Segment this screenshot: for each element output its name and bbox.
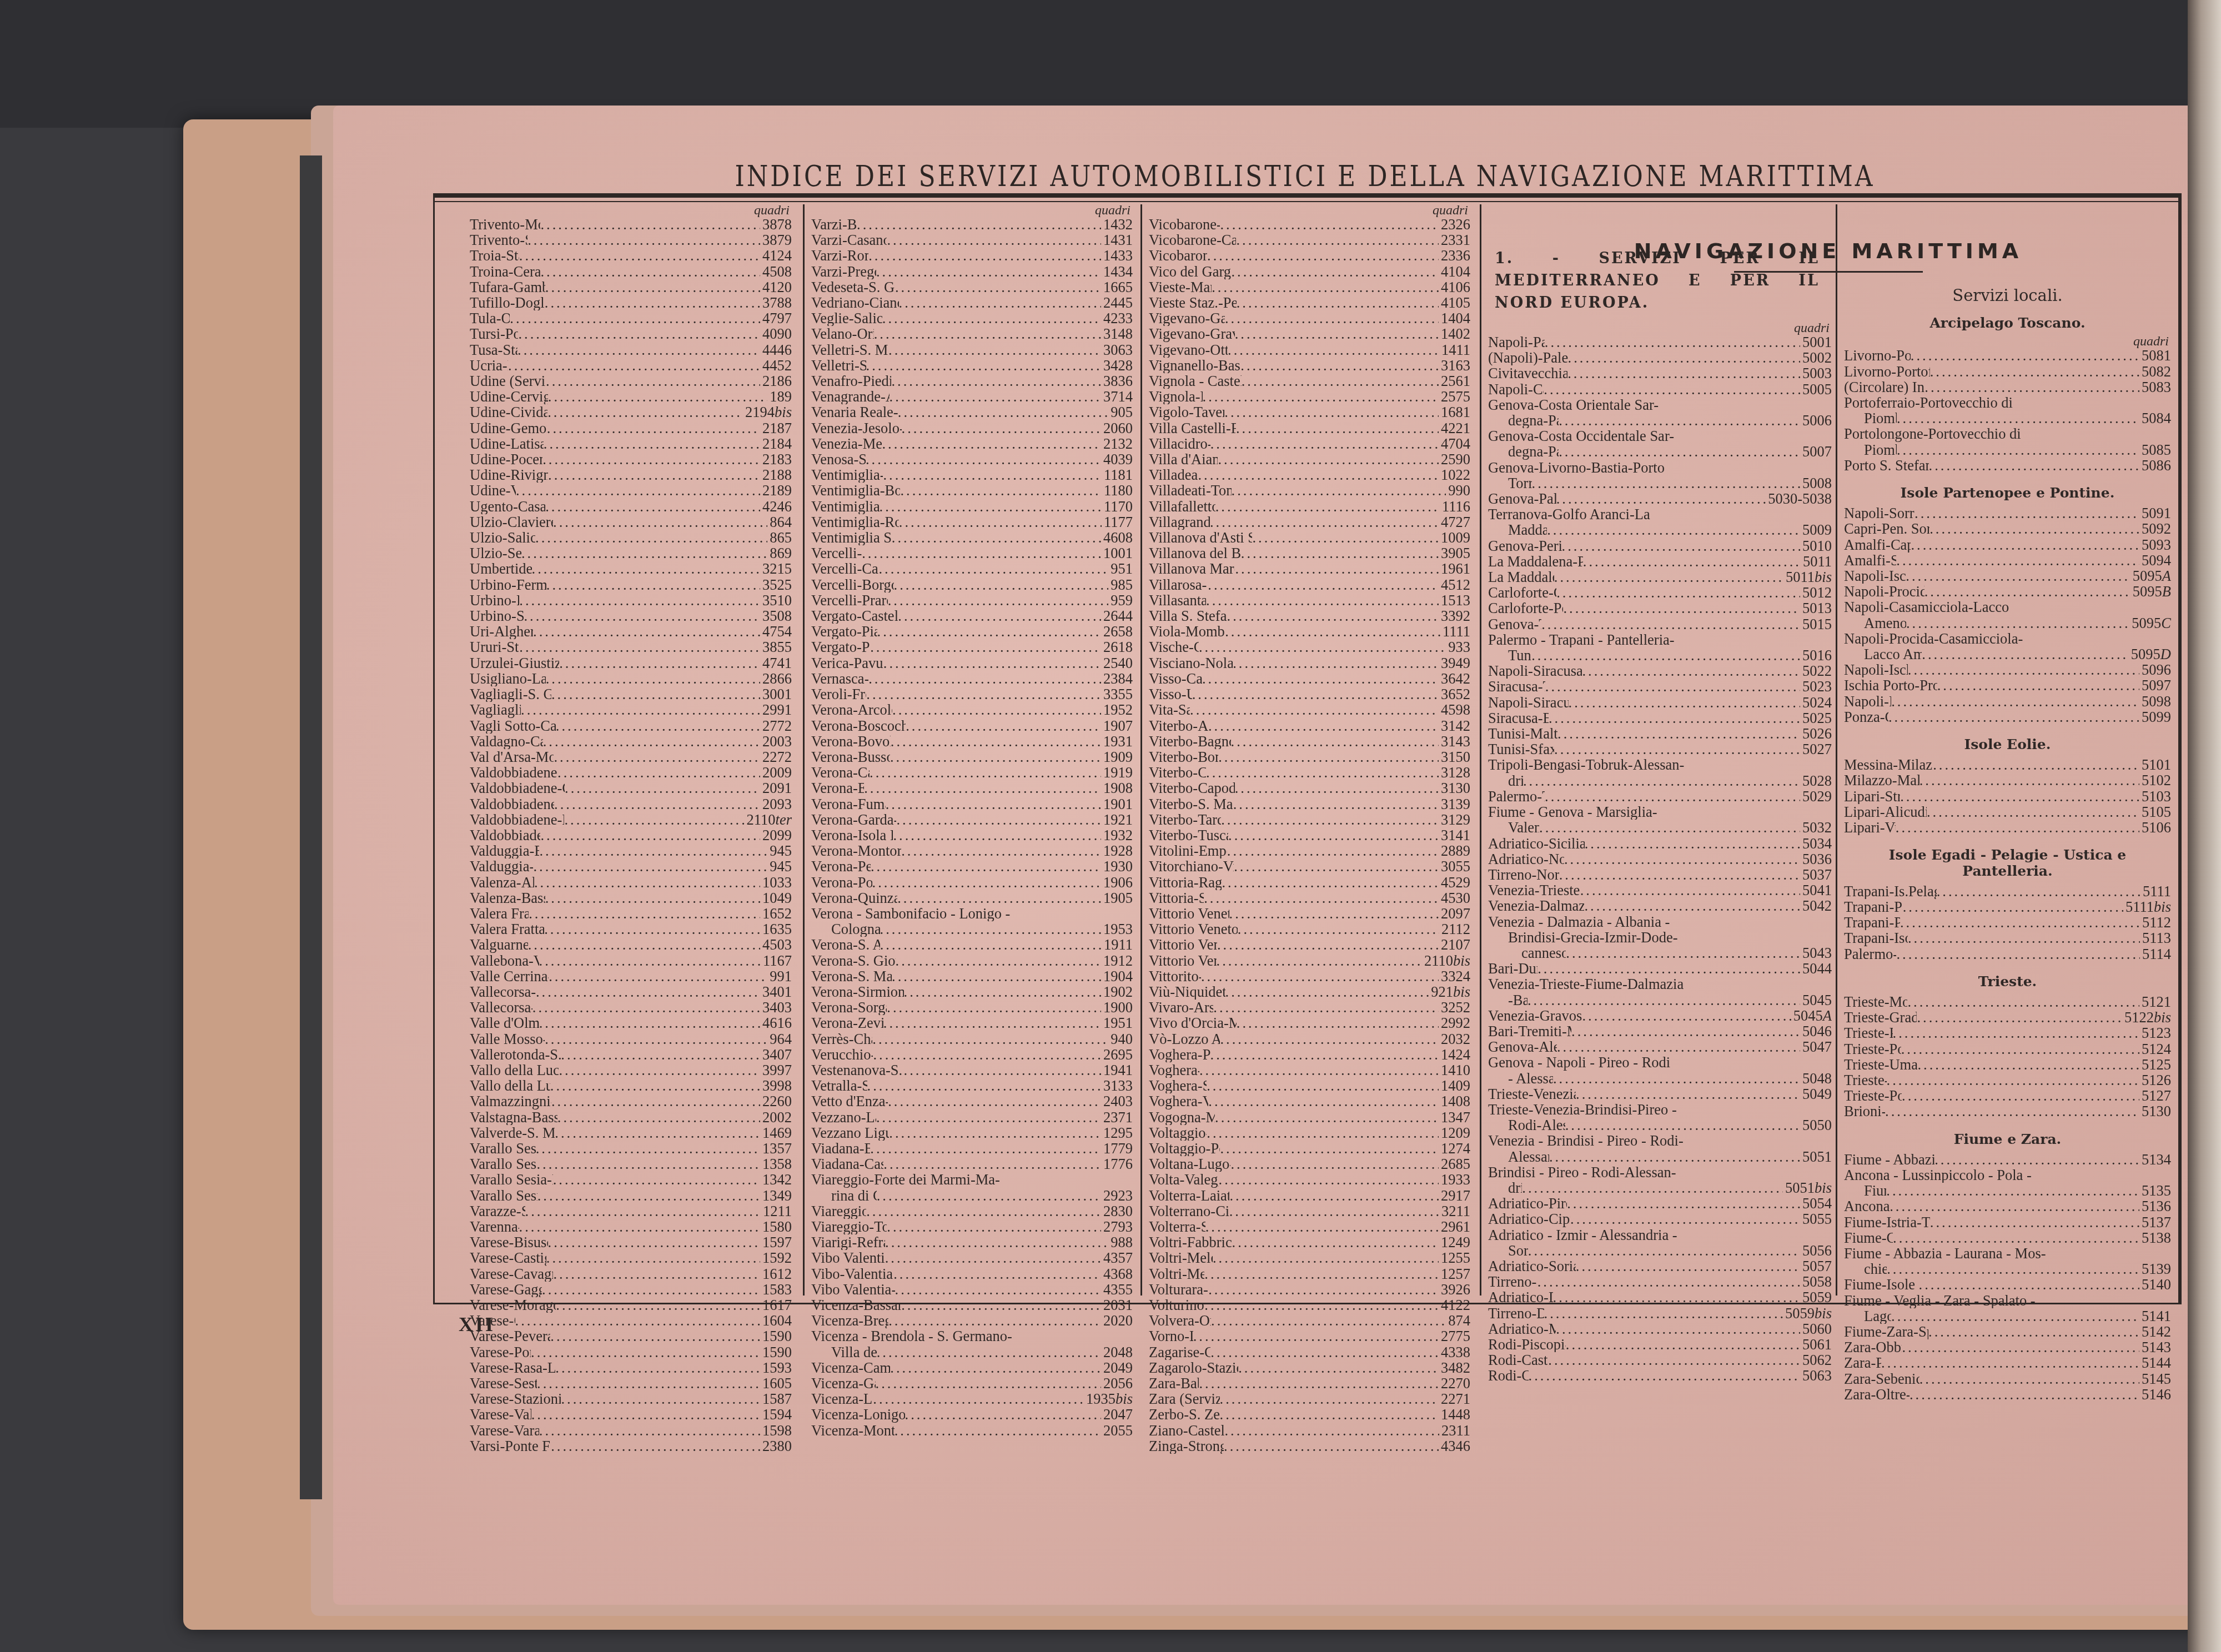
entry-table-number: 1612 <box>760 1266 792 1282</box>
table-number-value: 3878 <box>762 216 792 233</box>
index-entry: Udine-Rivignano-Latisana2188 <box>470 467 792 483</box>
entry-route: Vibo Valentia-Catanzaro <box>811 1250 885 1266</box>
entry-table-number: 2575 <box>1439 389 1470 404</box>
entry-table-number: 4346 <box>1439 1438 1470 1454</box>
table-number-value: 3428 <box>1103 357 1133 374</box>
entry-route: Genova - Napoli - Pireo - Rodi <box>1488 1055 1670 1070</box>
entry-route: - Alessandria <box>1508 1071 1553 1086</box>
index-entry: Adriatico-Nord Europa5036 <box>1488 851 1832 867</box>
table-number-value: 3141 <box>1441 827 1470 843</box>
table-number-value: 5045 <box>1793 1007 1823 1024</box>
leader-dots <box>890 1360 1101 1375</box>
table-number-value: 1961 <box>1441 560 1470 577</box>
index-entry: Varese-Orino1604 <box>470 1313 792 1328</box>
table-number-value: 2260 <box>762 1093 792 1109</box>
entry-route: Adriatico-Soria-Alessandria <box>1488 1258 1576 1274</box>
entry-table-number: 4608 <box>1101 530 1133 545</box>
navigazione-column-locali: Servizi locali. Arcipelago Toscano.quadr… <box>1836 204 2174 1296</box>
entry-route: Urbino-Fermignano-Fano <box>470 577 546 592</box>
leader-dots <box>1924 584 2130 599</box>
entry-route: Veroli-Frosinone <box>811 686 866 702</box>
leader-dots <box>904 984 1101 1000</box>
index-entry: Vestenanova-S. Giovanni Ilarione1941 <box>811 1062 1133 1078</box>
leader-dots <box>1229 906 1439 921</box>
table-number-value: 1033 <box>762 874 792 891</box>
entry-table-number: 5047 <box>1800 1039 1832 1055</box>
index-entry: Vieste Staz.-Peschici-Caianella4105 <box>1149 295 1470 310</box>
entry-table-number: 1681 <box>1439 404 1470 420</box>
entry-table-number: 2658 <box>1101 624 1133 639</box>
entry-table-number: 2107 <box>1439 937 1470 952</box>
entry-table-number: 2561 <box>1439 373 1470 389</box>
entry-route: Vercelli-Casale <box>811 545 862 561</box>
index-entry: Trivento-Stazione3879 <box>470 232 792 248</box>
leader-dots <box>548 1234 760 1250</box>
index-entry: Viadana-Brescello1779 <box>811 1141 1133 1156</box>
leader-dots <box>1193 1328 1439 1344</box>
entry-table-number: 2048 <box>1101 1344 1133 1360</box>
group-heading: Arcipelago Toscano. <box>1844 315 2171 331</box>
table-number-suffix: C <box>2161 615 2171 631</box>
entry-table-number: 1592 <box>760 1250 792 1266</box>
entry-table-number: 3997 <box>760 1062 792 1078</box>
leader-dots <box>548 467 760 483</box>
index-entry: Venezia-Gravosa-Albania-Corfù5045A <box>1488 1008 1832 1023</box>
entry-route: Livorno-Portoferraio <box>1844 348 1911 363</box>
entry-route: Udine-Pocenia-Latisana <box>470 451 542 467</box>
leader-dots <box>878 561 1108 576</box>
leader-dots <box>1553 1289 1800 1305</box>
index-entry: Valdagno-Castelvecchio2003 <box>470 734 792 749</box>
table-number-value: 1919 <box>1103 764 1133 781</box>
leader-dots <box>1237 295 1439 310</box>
leader-dots <box>1927 804 2139 820</box>
entry-table-number: 5105 <box>2139 804 2171 820</box>
table-number-value: 1177 <box>1104 514 1133 530</box>
leader-dots <box>896 953 1102 968</box>
index-entry: Troina-Cerami-Nicosia4508 <box>470 264 792 279</box>
entry-route: Adriatico-Pireo-Istanbul <box>1488 1196 1567 1211</box>
leader-dots <box>1567 1196 1800 1211</box>
leader-dots <box>876 264 1101 279</box>
entry-table-number: 1404 <box>1439 310 1470 326</box>
entry-table-number: 5084 <box>2139 410 2171 426</box>
entry-table-number: 1411 <box>1439 342 1470 358</box>
index-rows: Varzi-Bobbio1432Varzi-Casanova di Destra… <box>811 217 1133 1438</box>
index-entry: Umbertide-Cortona3215 <box>470 561 792 576</box>
table-number-value: 3926 <box>1441 1281 1470 1298</box>
index-entry: Vezzano Ligure-La Spezia1295 <box>811 1125 1133 1141</box>
entry-table-number: 945 <box>767 858 792 874</box>
entry-route: Piombino <box>1864 410 1897 426</box>
table-number-value: 1404 <box>1441 310 1470 327</box>
table-number-value: 5059 <box>1802 1289 1832 1305</box>
leader-dots <box>1227 608 1439 624</box>
entry-table-number: 905 <box>1108 404 1133 420</box>
entry-route: Zara-Pago <box>1844 1355 1881 1370</box>
entry-table-number: 3949 <box>1439 655 1470 671</box>
entry-table-number: 1180 <box>1102 483 1133 498</box>
leader-dots <box>862 545 1101 561</box>
index-column-3: quadri Vicobarone-Borgonovo2326Vicobaron… <box>1140 204 1474 1296</box>
table-number-value: 2590 <box>1441 451 1470 468</box>
index-entry: Valle d'Olmo-Stazione4616 <box>470 1015 792 1031</box>
entry-route: Vibo-Valentia-Rosarno Staz. <box>811 1266 893 1282</box>
navigazione-heading-rule <box>1734 271 1923 273</box>
leader-dots <box>551 1438 760 1454</box>
entry-table-number: 1211 <box>761 1203 792 1219</box>
entry-route: Ulzio-Salice d'Ulzio <box>470 530 535 545</box>
entry-table-number: 1617 <box>760 1297 792 1313</box>
entry-table-number: 1274 <box>1439 1141 1470 1156</box>
table-number-value: 5025 <box>1802 710 1832 726</box>
entry-route: Verrès-Champoluc <box>811 1031 872 1047</box>
leader-dots <box>540 217 760 232</box>
entry-route: Varallo Sesia-Rimella <box>470 1188 537 1203</box>
table-number-value: 1904 <box>1103 968 1133 985</box>
entry-route: Valenza-Alessandria <box>470 875 534 890</box>
entry-route: Genova-Livorno-Bastia-Porto <box>1488 460 1665 475</box>
table-number-value: 3401 <box>762 983 792 1000</box>
entry-route: Villarosa-Stazione <box>1149 577 1208 592</box>
table-number-value: 1652 <box>762 905 792 922</box>
index-entry: dria5051bis <box>1488 1180 1832 1196</box>
entry-route: Tula-Ozieri <box>470 310 510 326</box>
entry-route: La Maddalena-Palau-Bonifacio <box>1488 554 1583 569</box>
index-entry: Verona-Povegliano1906 <box>811 875 1133 890</box>
leader-dots <box>1220 1407 1439 1422</box>
entry-table-number: 5124 <box>2139 1041 2171 1057</box>
index-entry: Vetralla-Stazione3133 <box>811 1078 1133 1093</box>
entry-route: Tunisi <box>1508 647 1531 663</box>
index-entry: Viarigi-Refrancore-Asti988 <box>811 1234 1133 1250</box>
table-number-value: 1180 <box>1104 482 1133 499</box>
entry-route: Ventimiglia-Bordighera-S. Rem <box>811 483 900 498</box>
index-entry: Vita-Salemi4598 <box>1149 702 1470 717</box>
table-number-value: 5143 <box>2142 1339 2171 1355</box>
leader-dots <box>880 937 1102 952</box>
table-number-value: 3997 <box>762 1062 792 1078</box>
entry-route: Carloforte-Portovesme <box>1488 600 1563 616</box>
table-number-value: 5083 <box>2142 379 2171 395</box>
table-number-value: 5001 <box>1802 334 1832 350</box>
entry-table-number: 5025 <box>1800 710 1832 726</box>
index-entry: Zinga-Strongoli Stazione4346 <box>1149 1438 1470 1454</box>
index-entry: Viterbo-Bagnoregio-Orvieto3143 <box>1149 734 1470 749</box>
index-entry: Tufara-Gambatesa-Motta4120 <box>470 279 792 295</box>
leader-dots <box>899 295 1101 310</box>
entry-route: Vetralla-Stazione <box>811 1078 867 1093</box>
entry-table-number: 5027 <box>1800 741 1832 757</box>
entry-table-number: 2188 <box>760 467 792 483</box>
index-entry: Trieste-Monfalcone5121 <box>1844 994 2171 1010</box>
index-entry: Vercelli-Cascine Stra951 <box>811 561 1133 576</box>
index-entry: Varallo Sesia-Fobello1358 <box>470 1156 792 1172</box>
table-number-value: 3129 <box>1441 811 1470 828</box>
entry-table-number: 5063 <box>1800 1368 1832 1383</box>
index-entry: Fiume - Genova - Marsiglia- <box>1488 804 1832 820</box>
entry-route: Val d'Arsa-Moschiena-Fiume <box>470 749 554 765</box>
entry-table-number: 1033 <box>760 875 792 890</box>
entry-route: Ulzio-Sestriere <box>470 545 521 561</box>
table-number-value: 2189 <box>762 482 792 499</box>
table-number-value: 5051 <box>1802 1148 1832 1165</box>
leader-dots <box>539 843 767 858</box>
table-number-value: 5114 <box>2142 946 2171 962</box>
leader-dots <box>544 921 760 937</box>
entry-route: Vibo Valentia-Serra S. Bruno <box>811 1282 895 1297</box>
index-entry: Veroli-Frosinone3355 <box>811 686 1133 702</box>
leader-dots <box>1199 639 1446 655</box>
leader-dots <box>1539 820 1800 835</box>
leader-dots <box>1203 389 1439 404</box>
entry-route: Volta-Valeggio-Verona <box>1149 1172 1219 1187</box>
entry-table-number: 5091 <box>2139 505 2171 521</box>
entry-route: Siracusa-Bengasi <box>1488 710 1549 726</box>
index-entry: Napoli-Ischia-Forio5096 <box>1844 662 2171 677</box>
entry-route: Trieste-Pola-Zara <box>1844 1088 1902 1103</box>
entry-route: Tusa-Stazione <box>470 342 517 358</box>
index-entry: Urbino-Stazione3508 <box>470 608 792 624</box>
leader-dots <box>556 718 760 734</box>
leader-dots <box>557 1109 760 1125</box>
leader-dots <box>1571 1023 1800 1039</box>
entry-table-number: 5032 <box>1800 820 1832 835</box>
leader-dots <box>559 655 760 671</box>
entry-route: Vò-Lozzo Atesino-Este <box>1149 1031 1220 1047</box>
entry-table-number: 5051bis <box>1783 1180 1832 1196</box>
entry-table-number: 3211 <box>1439 1203 1470 1219</box>
leader-dots <box>1908 930 2140 946</box>
table-number-value: 3055 <box>1441 858 1470 875</box>
entry-route: Valdobbiadene-Treviso <box>470 827 540 843</box>
entry-table-number: 5059bis <box>1783 1305 1832 1321</box>
index-entry: Rodi-Piscopi-Stampalia5061 <box>1488 1337 1832 1352</box>
index-entry: Valguarnera-Enna4503 <box>470 937 792 952</box>
leader-dots <box>554 749 760 765</box>
entry-route: Trieste-Venezia-Brindisi-Pireo - <box>1488 1102 1677 1117</box>
entry-table-number: 3525 <box>760 577 792 592</box>
entry-route: Amalfi-Salerno <box>1844 553 1896 568</box>
entry-table-number: 5098 <box>2139 694 2171 709</box>
entry-table-number: 874 <box>1446 1313 1470 1328</box>
leader-dots <box>1570 1211 1800 1227</box>
entry-route: Vezzano Ligure-La Spezia <box>811 1125 889 1141</box>
entry-route: Varzi-Bobbio <box>811 217 857 232</box>
index-entry: Venezia-Jesolo-S. Donà di Piave2060 <box>811 420 1133 436</box>
entry-table-number: 2093 <box>760 796 792 812</box>
index-entry: Vercelli-Borgosesia-Varallo985 <box>811 577 1133 592</box>
table-number-value: 2961 <box>1441 1218 1470 1235</box>
entry-route: Napoli-Procida-Ischia Porto <box>1844 584 1924 599</box>
table-number-value: 1776 <box>1103 1156 1133 1172</box>
leader-dots <box>1230 1156 1439 1172</box>
entry-route: Ventimiglia-Rocchetta Nervina <box>811 514 899 530</box>
table-number-value: 3788 <box>762 294 792 311</box>
entry-table-number: 2099 <box>760 827 792 843</box>
entry-route: Napoli-Palermo <box>1488 334 1545 350</box>
entry-table-number: 3926 <box>1439 1282 1470 1297</box>
entry-table-number: 3139 <box>1439 796 1470 812</box>
entry-table-number: 3836 <box>1101 373 1133 389</box>
entry-route: Volterra-Laiatico-Pontedera <box>1149 1188 1229 1203</box>
index-entry: Ulzio-Claviere-Monginevro864 <box>470 514 792 530</box>
entry-route: Venezia-Gravosa-Albania-Corfù <box>1488 1008 1582 1023</box>
leader-dots <box>1891 694 2139 709</box>
entry-route: Viadana-Casalmaggiore <box>811 1156 883 1172</box>
leader-dots <box>866 1203 1101 1219</box>
entry-route: Viola-Mombasiglio-Ceva <box>1149 624 1225 639</box>
entry-route: Maddalena <box>1508 522 1547 538</box>
index-entry: Viterbo-Capodimonte-Farnese3130 <box>1149 780 1470 796</box>
leader-dots <box>544 436 760 451</box>
entry-table-number: 2380 <box>760 1438 792 1454</box>
entry-table-number: 1358 <box>760 1156 792 1172</box>
entry-table-number: 3141 <box>1439 827 1470 843</box>
table-number-value: 1593 <box>762 1359 792 1376</box>
leader-dots <box>1567 365 1800 381</box>
table-number-value: 5058 <box>1802 1273 1832 1290</box>
table-number-suffix: bis <box>1815 1305 1832 1322</box>
entry-route: Civitavecchia-Terranova <box>1488 365 1567 381</box>
leader-dots <box>1234 858 1439 874</box>
table-number-value: 1513 <box>1441 592 1470 609</box>
entry-route: Fiume - Abbazia - Laurana - Mos- <box>1844 1246 2046 1261</box>
entry-route: Trapani-Pantelleria <box>1844 899 1903 915</box>
table-number-value: 1170 <box>1104 498 1133 515</box>
index-entry: Valstagna-Bassano del Grappa.2002 <box>470 1109 792 1125</box>
table-number-value: 3142 <box>1441 717 1470 734</box>
index-entry: Valdobbiadene-Montebelluna2093 <box>470 796 792 812</box>
table-number-value: 4512 <box>1441 576 1470 593</box>
entry-route: Porto S. Stefano-Isola Giglio <box>1844 458 1929 473</box>
table-number-value: 5137 <box>2142 1214 2171 1231</box>
table-number-value: 1116 <box>1442 498 1470 515</box>
table-number-value: 5055 <box>1802 1211 1832 1227</box>
entry-route: Vico del Gargano-S. Menaio <box>1149 264 1231 279</box>
entry-route: Venaria Reale-Cafasse-Lanzo <box>811 404 898 420</box>
entry-table-number: 5022 <box>1800 663 1832 679</box>
table-number-value: 5102 <box>2142 772 2171 789</box>
entry-route: Ugento-Casarano-Maglie <box>470 499 545 514</box>
entry-route: Varese-Castiglione-Olona <box>470 1250 546 1266</box>
leader-dots <box>1937 883 2140 899</box>
leader-dots <box>1190 702 1439 717</box>
entry-table-number: 5140 <box>2139 1277 2171 1292</box>
index-entry: Trieste-Portorose5124 <box>1844 1041 2171 1057</box>
leader-dots <box>1217 937 1439 952</box>
index-entry: rina di Carrara2923 <box>811 1188 1133 1203</box>
index-entry: Verona-Arcole-Montagnana1952 <box>811 702 1133 717</box>
leader-dots <box>1225 624 1440 639</box>
index-entry: Trieste-Pola5126 <box>1844 1072 2171 1088</box>
leader-dots <box>535 530 767 545</box>
index-entry: canneso-Rodi5043 <box>1488 945 1832 961</box>
leader-dots <box>542 1282 760 1297</box>
index-entry: Vallecorsa-Frosinone3401 <box>470 984 792 1000</box>
leader-dots <box>547 420 760 436</box>
entry-route: Venagrande-Ascoli Piceno <box>811 389 890 404</box>
entry-route: canneso-Rodi <box>1521 945 1566 961</box>
leader-dots <box>1224 1423 1439 1438</box>
entry-table-number: 2923 <box>1101 1188 1133 1203</box>
entry-route: Viterbo-Capodimonte-Farnese <box>1149 780 1235 796</box>
table-number-value: 3063 <box>1103 342 1133 358</box>
table-number-value: 4529 <box>1441 874 1470 891</box>
table-number-value: 1779 <box>1103 1140 1133 1157</box>
entry-route: Varsi-Ponte Fornovo-Parma <box>470 1438 551 1454</box>
index-entry: Vitorchiano-Vitorchiano Staz.3055 <box>1149 858 1470 874</box>
entry-table-number: 5085 <box>2139 442 2171 458</box>
entry-table-number: 2003 <box>760 734 792 749</box>
table-number-value: 1594 <box>762 1406 792 1423</box>
table-number-value: 1211 <box>763 1203 792 1219</box>
table-number-value: 1902 <box>1103 983 1133 1000</box>
entry-table-number: 4090 <box>760 326 792 342</box>
entry-table-number: 5042 <box>1800 898 1832 913</box>
index-entry: Volturara-Avellino3926 <box>1149 1282 1470 1297</box>
entry-table-number: 1635 <box>760 921 792 937</box>
index-entry: Villafalletto-Stazione1116 <box>1149 499 1470 514</box>
index-entry: Vigevano-Gravellona-Mortara1402 <box>1149 326 1470 342</box>
table-number-value: 1901 <box>1103 796 1133 812</box>
index-entry: Visso-Camerino3642 <box>1149 671 1470 686</box>
index-entry: Zara-Pago5144 <box>1844 1355 2171 1370</box>
leader-dots <box>1900 915 2140 930</box>
entry-route: Adriatico-Danubio <box>1488 1289 1553 1305</box>
index-column-2: quadri Varzi-Bobbio1432Varzi-Casanova di… <box>803 204 1136 1296</box>
entry-table-number: 1912 <box>1101 953 1133 968</box>
index-entry: Valduggia-Borgosesia945 <box>470 843 792 858</box>
index-entry: Genova-Costa Occidentale Sar- <box>1488 428 1832 444</box>
table-number-value: 4616 <box>762 1015 792 1031</box>
table-number-value: 5112 <box>2142 914 2171 931</box>
leader-dots <box>904 1062 1101 1078</box>
index-entry: Zagarolo-Stazione Ferr. Vicinali3482 <box>1149 1360 1470 1375</box>
entry-table-number: 3150 <box>1439 749 1470 765</box>
table-number-value: 5122 <box>2124 1009 2154 1026</box>
index-entry: Viterbo-S. Martino al Cimino3139 <box>1149 796 1470 812</box>
entry-table-number: 2830 <box>1101 1203 1133 1219</box>
leader-dots <box>1545 679 1800 694</box>
entry-table-number: 2132 <box>1101 436 1133 451</box>
entry-table-number: 5136 <box>2139 1198 2171 1214</box>
leader-dots <box>1901 1041 2139 1057</box>
entry-table-number: 5096 <box>2139 662 2171 677</box>
table-number-value: 189 <box>770 388 792 405</box>
entry-table-number: 2917 <box>1439 1188 1470 1203</box>
entry-table-number: 4704 <box>1439 436 1470 451</box>
table-number-value: 2923 <box>1103 1187 1133 1204</box>
entry-table-number: 2866 <box>760 671 792 686</box>
index-entry: Varzi-Pregola-Brallo1434 <box>811 264 1133 279</box>
entry-table-number: 1902 <box>1101 984 1133 1000</box>
entry-route: Umbertide-Cortona <box>470 561 532 576</box>
index-entry: Genova - Napoli - Pireo - Rodi <box>1488 1055 1832 1070</box>
entry-table-number: 1295 <box>1101 1125 1133 1141</box>
entry-route: Vicenza-Lonigo-Sossano-Noventa <box>811 1407 905 1422</box>
leader-dots <box>1576 1086 1800 1102</box>
leader-dots <box>1233 796 1439 812</box>
index-entry: Tunisi-Malta-Tripoli5026 <box>1488 726 1832 741</box>
entry-route: Viterbo-Bomarzo-Orte <box>1149 749 1218 765</box>
entry-route: Veglie-Salice Salentino <box>811 310 882 326</box>
entry-route: Villadeati-Asti <box>1149 467 1198 483</box>
index-entry: Urbino-Fermignano-Fano3525 <box>470 577 792 592</box>
leader-dots <box>1929 521 2139 536</box>
entry-route: Zara-Sebenico-Scardona <box>1844 1371 1919 1387</box>
entry-table-number: 1604 <box>760 1313 792 1328</box>
